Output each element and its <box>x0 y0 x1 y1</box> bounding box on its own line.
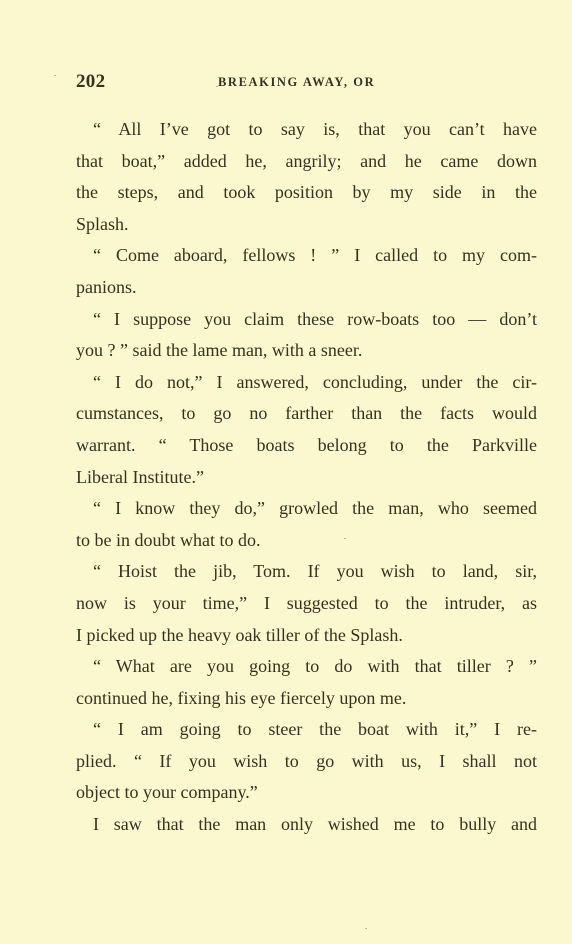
text-line: now is your time,” I suggested to the in… <box>76 588 537 620</box>
text-line: Splash. <box>76 209 537 241</box>
text-line: Liberal Institute.” <box>76 462 537 494</box>
text-line: I saw that the man only wished me to bul… <box>76 809 537 841</box>
text-line: “ Hoist the jib, Tom. If you wish to lan… <box>76 556 537 588</box>
running-head: 202 BREAKING AWAY, OR <box>76 71 536 93</box>
text-line: “ I do not,” I answered, concluding, und… <box>76 367 537 399</box>
text-line: the steps, and took position by my side … <box>76 177 537 209</box>
text-line: “ All I’ve got to say is, that you can’t… <box>76 114 537 146</box>
running-title: BREAKING AWAY, OR <box>218 75 375 90</box>
text-line: you ? ” said the lame man, with a sneer. <box>76 335 537 367</box>
text-line: to be in doubt what to do. <box>76 525 537 557</box>
book-page: 202 BREAKING AWAY, OR “ All I’ve got to … <box>0 0 572 944</box>
text-line: “ What are you going to do with that til… <box>76 651 537 683</box>
text-line: object to your company.” <box>76 777 537 809</box>
text-line: plied. “ If you wish to go with us, I sh… <box>76 746 537 778</box>
text-line: warrant. “ Those boats belong to the Par… <box>76 430 537 462</box>
text-line: continued he, fixing his eye fiercely up… <box>76 683 537 715</box>
text-line: I picked up the heavy oak tiller of the … <box>76 620 537 652</box>
page-number: 202 <box>76 71 105 93</box>
text-line: cumstances, to go no farther than the fa… <box>76 398 537 430</box>
text-line: “ I know they do,” growled the man, who … <box>76 493 537 525</box>
text-line: “ Come aboard, fellows ! ” I called to m… <box>76 240 537 272</box>
scan-speck <box>344 538 346 539</box>
text-line: panions. <box>76 272 537 304</box>
text-line: “ I am going to steer the boat with it,”… <box>76 714 537 746</box>
text-line: “ I suppose you claim these row-boats to… <box>76 304 537 336</box>
scan-speck <box>54 75 56 76</box>
scan-speck <box>216 86 218 87</box>
scan-speck <box>365 928 367 929</box>
text-line: that boat,” added he, angrily; and he ca… <box>76 146 537 178</box>
body-text: “ All I’ve got to say is, that you can’t… <box>76 114 537 841</box>
